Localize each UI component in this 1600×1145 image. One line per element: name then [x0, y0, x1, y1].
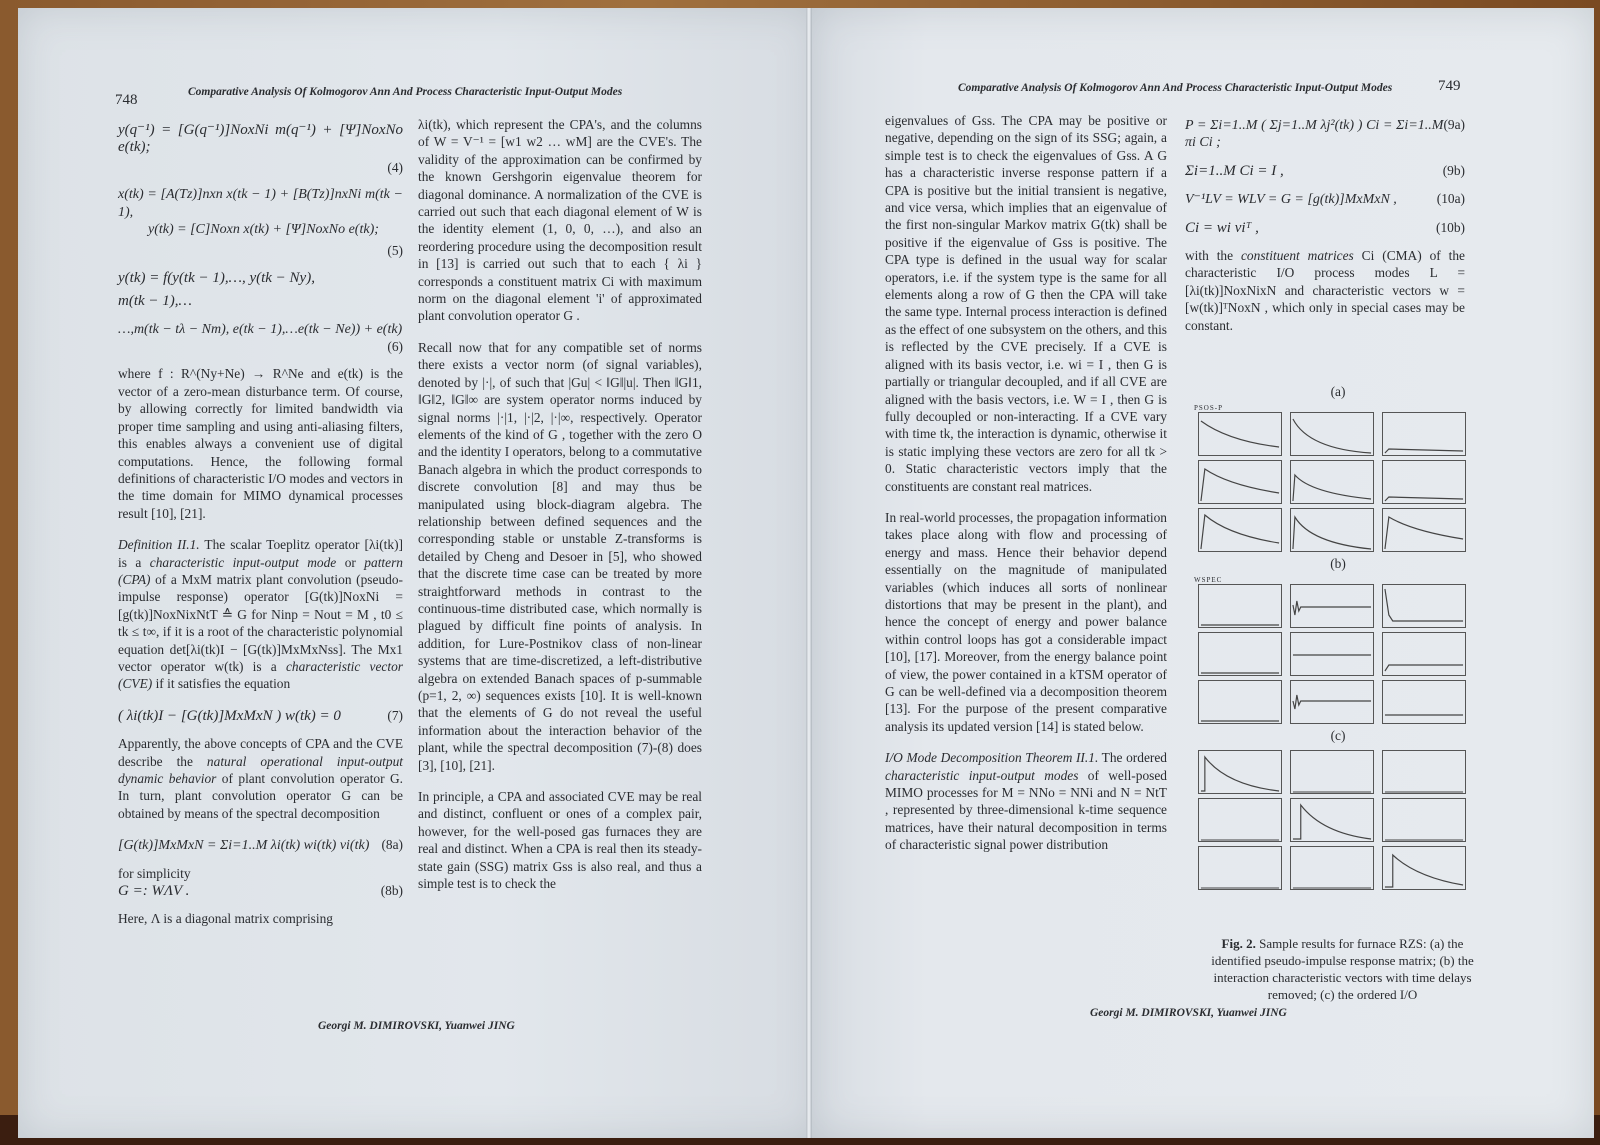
right-page-column-2: P = Σi=1..M ( Σj=1..M λj²(tk) ) Ci = Σi=…: [1185, 110, 1465, 348]
plot: [1382, 798, 1466, 842]
theorem-II-1: I/O Mode Decomposition Theorem II.1. The…: [885, 749, 1167, 853]
figure-2: (a) PSOS-P (b) WSPEC (c): [1198, 380, 1478, 890]
panel-b-tag: WSPEC: [1194, 576, 1478, 584]
equation-8a: [G(tk)]MxMxN = Σi=1..M λi(tk) wi(tk) vi(…: [118, 836, 403, 854]
equation-6: y(tk) = f(y(tk − 1),…, y(tk − Ny),: [118, 270, 403, 287]
plot: [1290, 846, 1374, 890]
equation-9a: P = Σi=1..M ( Σj=1..M λj²(tk) ) Ci = Σi=…: [1185, 116, 1465, 152]
plot: [1198, 632, 1282, 676]
plot: [1198, 798, 1282, 842]
plot: [1198, 584, 1282, 628]
running-head-left: Comparative Analysis Of Kolmogorov Ann A…: [188, 86, 622, 98]
plot: [1290, 584, 1374, 628]
left-page-column-2: λi(tk), which represent the CPA's, and t…: [418, 116, 702, 906]
equation-7: ( λi(tk)I − [G(tk)]MxMxN ) w(tk) = 0(7): [118, 707, 403, 725]
panel-a-tag: PSOS-P: [1194, 404, 1478, 412]
plot: [1198, 750, 1282, 794]
left-page-column-1: y(q⁻¹) = [G(q⁻¹)]NoxNi m(q⁻¹) + [Ψ]NoxNo…: [118, 116, 403, 942]
book-spine: [806, 8, 812, 1138]
equation-9b: Σi=1..M Ci = I ,(9b): [1185, 162, 1465, 180]
plot: [1382, 584, 1466, 628]
plot: [1198, 680, 1282, 724]
plot: [1290, 508, 1374, 552]
paragraph: In principle, a CPA and associated CVE m…: [418, 788, 702, 892]
footer-authors-right: Georgi M. DIMIROVSKI, Yuanwei JING: [1090, 1007, 1287, 1019]
figure-panel-a: [1198, 412, 1478, 552]
plot: [1382, 460, 1466, 504]
figure-panel-c: [1198, 750, 1478, 890]
paragraph: λi(tk), which represent the CPA's, and t…: [418, 116, 702, 325]
plot: [1382, 750, 1466, 794]
equation-4: y(q⁻¹) = [G(q⁻¹)]NoxNi m(q⁻¹) + [Ψ]NoxNo…: [118, 122, 403, 157]
paragraph: Apparently, the above concepts of CPA an…: [118, 735, 403, 822]
paragraph: eigenvalues of Gss. The CPA may be posit…: [885, 112, 1167, 495]
plot: [1198, 508, 1282, 552]
plot: [1198, 412, 1282, 456]
plot: [1290, 460, 1374, 504]
plot: [1198, 460, 1282, 504]
paragraph: with the constituent matrices Ci (CMA) o…: [1185, 247, 1465, 334]
footer-authors-left: Georgi M. DIMIROVSKI, Yuanwei JING: [318, 1020, 515, 1032]
plot: [1290, 632, 1374, 676]
plot: [1290, 680, 1374, 724]
figure-caption: Fig. 2. Sample results for furnace RZS: …: [1205, 935, 1480, 1003]
plot: [1382, 632, 1466, 676]
page-number-right: 749: [1438, 78, 1461, 95]
plot: [1290, 798, 1374, 842]
paragraph: where f : R^(Ny+Ne) → R^Ne and e(tk) is …: [118, 365, 403, 522]
figure-label-c: (c): [1198, 728, 1478, 744]
page-number-left: 748: [115, 92, 138, 109]
paragraph: Here, Λ is a diagonal matrix comprising: [118, 910, 403, 927]
plot: [1382, 680, 1466, 724]
plot: [1382, 412, 1466, 456]
figure-label-b: (b): [1198, 556, 1478, 572]
plot: [1290, 412, 1374, 456]
equation-10a: V⁻¹LV = WLV = G = [g(tk)]MxMxN ,(10a): [1185, 190, 1465, 208]
plot: [1382, 508, 1466, 552]
equation-5: x(tk) = [A(Tz)]nxn x(tk − 1) + [B(Tz)]nx…: [118, 186, 403, 221]
paragraph: Recall now that for any compatible set o…: [418, 339, 702, 774]
equation-10b: Ci = wi viᵀ ,(10b): [1185, 219, 1465, 237]
plot: [1382, 846, 1466, 890]
equation-8b: G =: WΛV .(8b): [118, 882, 403, 900]
plot: [1198, 846, 1282, 890]
figure-panel-b: [1198, 584, 1478, 724]
plot: [1290, 750, 1374, 794]
right-page-column-1: eigenvalues of Gss. The CPA may be posit…: [885, 112, 1167, 868]
figure-label-a: (a): [1198, 384, 1478, 400]
paragraph: In real-world processes, the propagation…: [885, 509, 1167, 735]
running-head-right: Comparative Analysis Of Kolmogorov Ann A…: [958, 82, 1392, 94]
definition-II-1: Definition II.1. The scalar Toeplitz ope…: [118, 536, 403, 693]
